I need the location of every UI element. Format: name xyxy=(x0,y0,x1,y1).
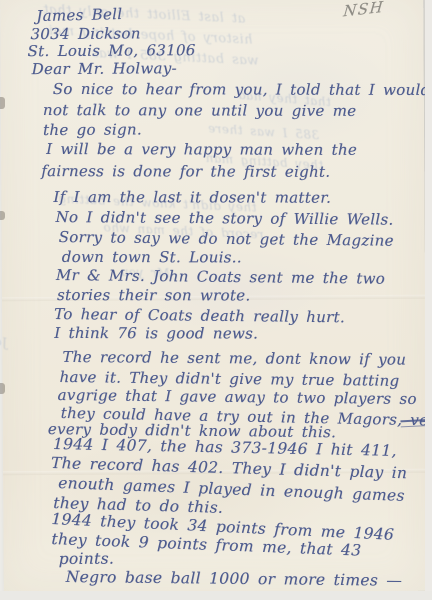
letter-line: stories their son wrote. xyxy=(57,286,250,305)
scan-edge-artifact xyxy=(0,211,5,220)
scan-background-strip xyxy=(0,591,432,600)
letter-line: James Bell xyxy=(36,5,122,25)
letter-line: Sorry to say we do not get the Magzine xyxy=(59,228,394,250)
scan-background-strip xyxy=(425,0,432,600)
letter-line: Mr & Mrs. John Coats sent me the two xyxy=(56,266,385,288)
letter-paper: at last Elliott the only thathistory of … xyxy=(0,0,427,593)
letter-line: fairness is done for the first eight. xyxy=(41,162,330,181)
letter-line: No I didn't see the story of Willie Well… xyxy=(55,208,393,229)
letter-line: Negro base ball 1000 or more times — xyxy=(66,568,403,590)
letter-line: The record he sent me, dont know if you xyxy=(62,348,406,369)
scan-edge-artifact xyxy=(0,383,5,394)
letter-line: So nice to hear from you, I told that I … xyxy=(53,80,431,99)
letter-line: To hear of Coats death really hurt. xyxy=(54,305,345,326)
letter-line: 3034 Dickson xyxy=(30,24,140,43)
letter-line: Dear Mr. Holway- xyxy=(32,59,177,78)
letter-line: St. Louis Mo, 63106 xyxy=(27,41,195,60)
letter-line: I will be a very happy man when the xyxy=(46,140,357,159)
letter-body: James Bell3034 DicksonSt. Louis Mo, 6310… xyxy=(0,0,427,593)
letter-line: down town St. Louis.. xyxy=(62,248,242,266)
letter-line: not talk to any one until you give me xyxy=(43,101,357,120)
scanned-letter-photo: at last Elliott the only thathistory of … xyxy=(0,0,432,600)
scan-edge-artifact xyxy=(0,97,5,109)
letter-line: the go sign. xyxy=(43,120,142,139)
letter-line: I think 76 is good news. xyxy=(54,324,258,343)
letter-line: points. xyxy=(59,550,115,568)
letter-line: If I am the last it dosen't matter. xyxy=(53,188,331,207)
